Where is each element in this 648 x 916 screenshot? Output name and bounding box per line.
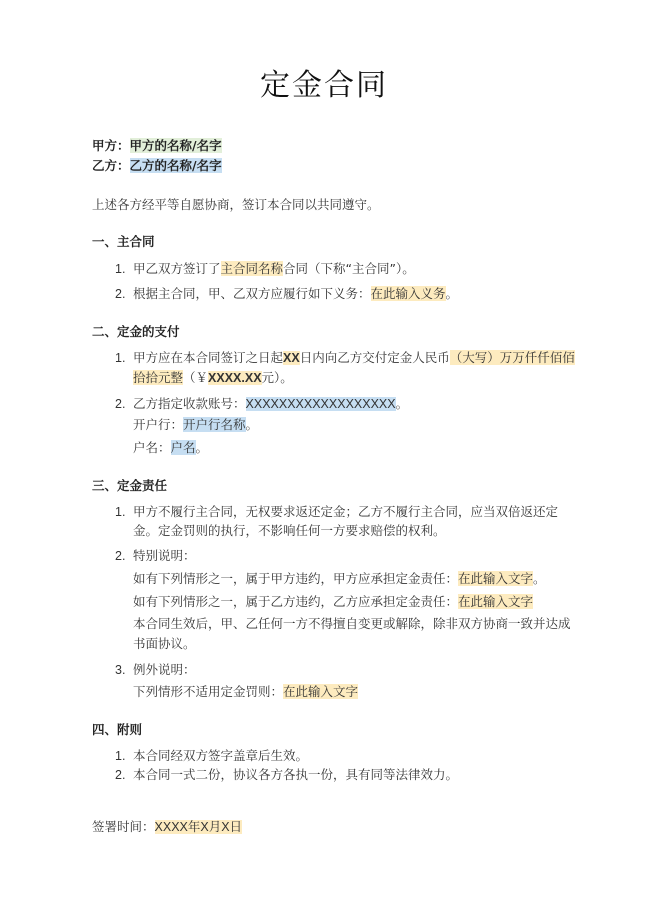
list-item: 1.甲方不履行主合同，无权要求返还定金；乙方不履行主合同，应当双倍返还定 <box>115 503 558 521</box>
item-number: 2. <box>115 285 133 303</box>
party-a-name-field[interactable]: 甲方的名称/名字 <box>130 138 222 153</box>
item-number: 2. <box>115 395 133 413</box>
list-item: 1.甲乙双方签订了主合同名称合同（下称“主合同”）。 <box>115 260 415 278</box>
account-name-field[interactable]: 户名 <box>171 440 196 455</box>
amount-in-words-field[interactable]: （大写）万万仟仟佰佰 <box>450 350 575 365</box>
item-number: 2. <box>115 547 133 565</box>
item-text: 。 <box>396 396 409 411</box>
section-heading: 三、定金责任 <box>92 477 167 495</box>
list-item: 3.例外说明： <box>115 661 196 679</box>
item-text: 如有下列情形之一，属于乙方违约，乙方应承担定金责任： <box>133 594 458 609</box>
item-text: 元）。 <box>262 370 293 385</box>
account-name-label: 户名： <box>133 440 171 455</box>
list-item: 1.本合同经双方签字盖章后生效。 <box>115 747 308 765</box>
account-label: 乙方指定收款账号： <box>133 396 246 411</box>
breach-a-line: 如有下列情形之一，属于甲方违约，甲方应承担定金责任：在此输入文字。 <box>133 570 546 588</box>
bank-name-field[interactable]: 开户行名称 <box>183 417 246 432</box>
bank-line: 开户行：开户行名称。 <box>133 416 258 434</box>
item-number: 2. <box>115 766 133 784</box>
item-text: 下列情形不适用定金罚则： <box>133 684 283 699</box>
party-b-breach-field[interactable]: 在此输入文字 <box>458 594 533 609</box>
item-text: 。 <box>533 571 546 586</box>
party-b-label: 乙方： <box>92 158 130 173</box>
list-item: 2.特别说明： <box>115 547 196 565</box>
party-a-breach-field[interactable]: 在此输入文字 <box>458 571 533 586</box>
item-text: 甲乙双方签订了 <box>133 261 221 276</box>
list-item: 2.本合同一式二份，协议各方各执一份，具有同等法律效力。 <box>115 766 458 784</box>
item-text: 。 <box>446 286 459 301</box>
breach-b-line: 如有下列情形之一，属于乙方违约，乙方应承担定金责任：在此输入文字 <box>133 593 533 611</box>
item-text: 。 <box>246 417 259 432</box>
contract-document: 定金合同 甲方：甲方的名称/名字 乙方：乙方的名称/名字 上述各方经平等自愿协商… <box>0 0 648 916</box>
main-contract-name-field[interactable]: 主合同名称 <box>221 261 284 276</box>
section-heading: 二、定金的支付 <box>92 323 180 341</box>
item-label: 例外说明： <box>133 662 196 677</box>
party-b-line: 乙方：乙方的名称/名字 <box>92 157 222 175</box>
item-text: 甲方不履行主合同，无权要求返还定金；乙方不履行主合同，应当双倍返还定 <box>133 504 558 519</box>
document-title: 定金合同 <box>0 60 648 104</box>
list-item: 1.甲方应在本合同签订之日起XX日内向乙方交付定金人民币（大写）万万仟仟佰佰 <box>115 349 575 367</box>
list-item-continuation: 拾拾元整（￥XXXX.XX元）。 <box>133 369 293 387</box>
item-text: 日内向乙方交付定金人民币 <box>300 350 450 365</box>
item-text: 甲方应在本合同签订之日起 <box>133 350 283 365</box>
payment-days-field[interactable]: XX <box>283 351 300 365</box>
intro-text: 上述各方经平等自愿协商，签订本合同以共同遵守。 <box>92 196 380 214</box>
item-text: 本合同经双方签字盖章后生效。 <box>133 748 308 763</box>
party-a-label: 甲方： <box>92 138 130 153</box>
exception-line: 下列情形不适用定金罚则：在此输入文字 <box>133 683 358 701</box>
list-item: 2.根据主合同，甲、乙双方应履行如下义务：在此输入义务。 <box>115 285 458 303</box>
item-text: （￥ <box>183 370 208 385</box>
obligations-field[interactable]: 在此输入义务 <box>371 286 446 301</box>
exception-field[interactable]: 在此输入文字 <box>283 684 358 699</box>
section-heading: 四、附则 <box>92 721 142 739</box>
no-modification-text-cont: 书面协议。 <box>133 635 196 653</box>
signing-date-field[interactable]: XXXX年X月X日 <box>155 820 243 834</box>
list-item-continuation: 金。定金罚则的执行，不影响任何一方要求赔偿的权利。 <box>133 522 446 540</box>
item-number: 1. <box>115 260 133 278</box>
amount-figure-field[interactable]: XXXX.XX <box>208 371 262 385</box>
account-name-line: 户名：户名。 <box>133 439 208 457</box>
item-text: 合同（下称“主合同”）。 <box>283 261 415 276</box>
item-text: 根据主合同，甲、乙双方应履行如下义务： <box>133 286 371 301</box>
section-heading: 一、主合同 <box>92 233 155 251</box>
item-number: 1. <box>115 503 133 521</box>
item-text: 本合同一式二份，协议各方各执一份，具有同等法律效力。 <box>133 767 458 782</box>
bank-label: 开户行： <box>133 417 183 432</box>
party-a-line: 甲方：甲方的名称/名字 <box>92 137 222 155</box>
amount-in-words-field-cont[interactable]: 拾拾元整 <box>133 370 183 385</box>
signing-label: 签署时间： <box>92 819 155 834</box>
party-b-name-field[interactable]: 乙方的名称/名字 <box>130 158 222 173</box>
item-number: 3. <box>115 661 133 679</box>
account-number-field[interactable]: XXXXXXXXXXXXXXXXXX <box>246 397 396 411</box>
list-item: 2.乙方指定收款账号：XXXXXXXXXXXXXXXXXX。 <box>115 395 408 413</box>
item-number: 1. <box>115 747 133 765</box>
signing-line: 签署时间：XXXX年X月X日 <box>92 818 242 836</box>
no-modification-text: 本合同生效后，甲、乙任何一方不得擅自变更或解除，除非双方协商一致并达成 <box>133 615 571 633</box>
item-text: 如有下列情形之一，属于甲方违约，甲方应承担定金责任： <box>133 571 458 586</box>
item-label: 特别说明： <box>133 548 196 563</box>
item-text: 。 <box>196 440 209 455</box>
item-number: 1. <box>115 349 133 367</box>
